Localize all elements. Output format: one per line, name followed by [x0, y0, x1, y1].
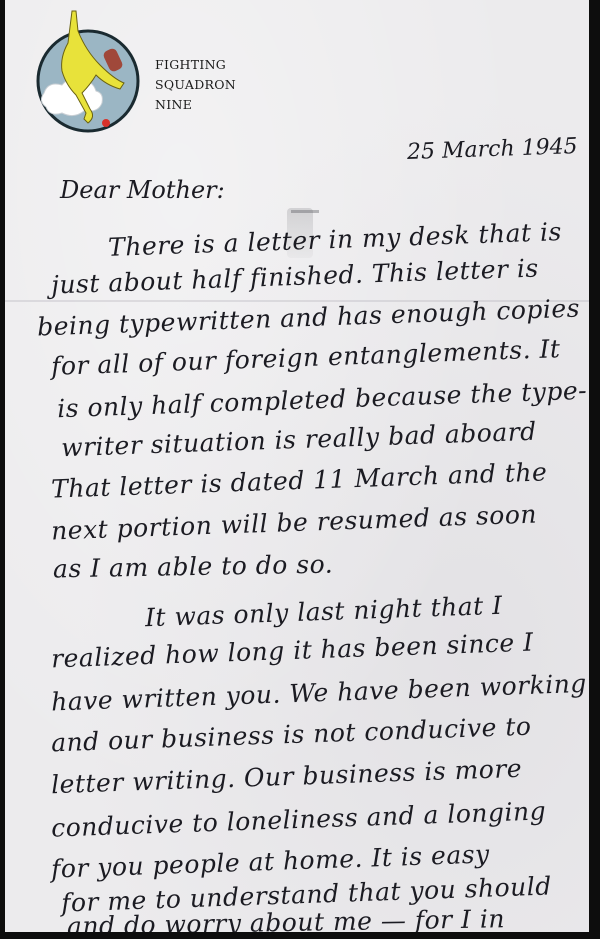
letterhead-line: NINE	[155, 95, 236, 115]
letter-line: and our business is not conducive to	[51, 712, 532, 758]
letterhead-line: FIGHTING	[155, 55, 236, 75]
letterhead-line: SQUADRON	[155, 75, 236, 95]
letter-line: It was only last night that I	[145, 591, 503, 632]
salutation: Dear Mother:	[60, 176, 225, 204]
letter-line: is only half completed because the type-	[57, 376, 588, 423]
letter-line: for all of our foreign entanglements. It	[51, 334, 561, 381]
letter-line: That letter is dated 11 March and the	[51, 457, 548, 503]
letter-page: FIGHTING SQUADRON NINE 25 March 1945 Dea…	[5, 0, 589, 932]
letter-line: letter writing. Our business is more	[51, 754, 523, 799]
letter-line: realized how long it has been since I	[51, 628, 534, 674]
letter-line: have written you. We have been working h…	[51, 666, 589, 716]
letter-line: writer situation is really bad aboard	[61, 417, 537, 463]
squadron-insignia-icon	[32, 5, 148, 135]
letter-line: as I am able to do so.	[53, 550, 334, 584]
letter-line: next portion will be resumed as soon	[51, 500, 538, 546]
letter-line: conducive to loneliness and a longing	[51, 796, 547, 842]
letter-date: 25 March 1945	[407, 134, 578, 165]
letterhead-text: FIGHTING SQUADRON NINE	[155, 55, 236, 115]
ink-smudge-bar	[291, 210, 319, 213]
